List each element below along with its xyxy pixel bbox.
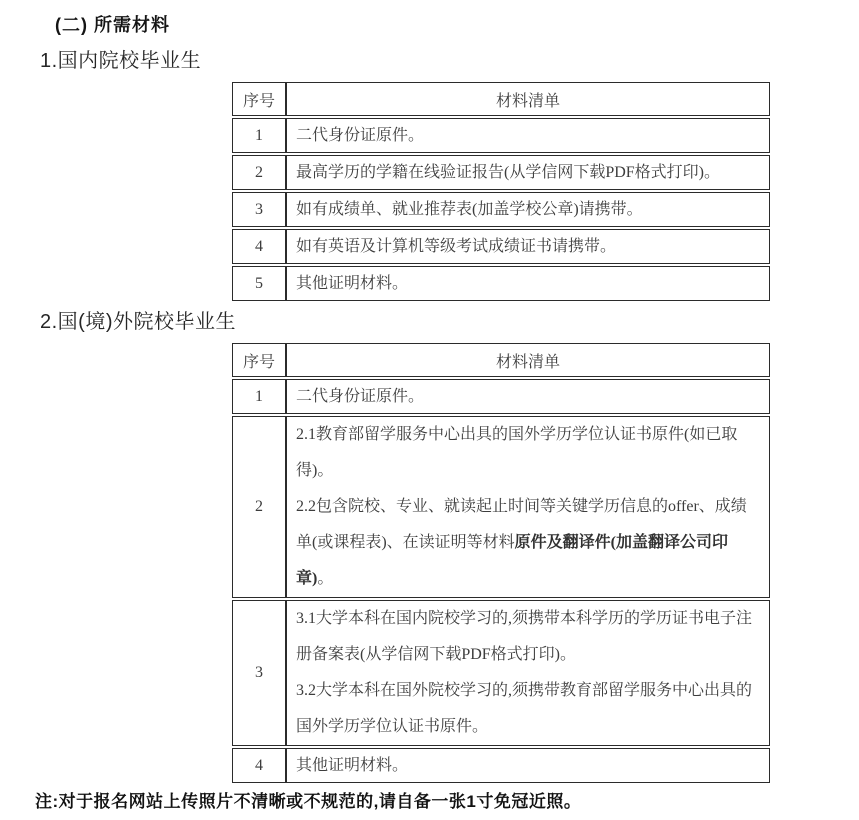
column-header-index: 序号 xyxy=(232,82,286,116)
column-header-material-list: 材料清单 xyxy=(286,343,770,377)
material-text: 其他证明材料。 xyxy=(296,757,408,774)
material-line: 3.1大学本科在国内院校学习的,须携带本科学历的学历证书电子注册备案表(从学信网… xyxy=(296,601,753,673)
section-heading-overseas-graduates: 2.国(境)外院校毕业生 xyxy=(40,305,236,334)
row-index-cell: 4 xyxy=(232,748,286,783)
row-index-cell: 3 xyxy=(232,600,286,746)
table-row: 33.1大学本科在国内院校学习的,须携带本科学历的学历证书电子注册备案表(从学信… xyxy=(232,600,770,746)
row-index-cell: 4 xyxy=(232,229,286,264)
domestic-materials-table: 序号 材料清单 1二代身份证原件。2最高学历的学籍在线验证报告(从学信网下载PD… xyxy=(232,80,770,303)
material-cell: 二代身份证原件。 xyxy=(286,379,770,414)
material-text: 如有成绩单、就业推荐表(加盖学校公章)请携带。 xyxy=(296,201,643,218)
material-text: 如有英语及计算机等级考试成绩证书请携带。 xyxy=(296,238,616,255)
material-line: 其他证明材料。 xyxy=(296,267,753,300)
column-header-index: 序号 xyxy=(232,343,286,377)
table-row: 3如有成绩单、就业推荐表(加盖学校公章)请携带。 xyxy=(232,192,770,227)
material-text: 其他证明材料。 xyxy=(296,275,408,292)
row-index-cell: 1 xyxy=(232,379,286,414)
row-index-cell: 2 xyxy=(232,155,286,190)
page-title: (二) 所需材料 xyxy=(55,11,170,37)
table-row: 4其他证明材料。 xyxy=(232,748,770,783)
material-line: 其他证明材料。 xyxy=(296,749,753,782)
material-line: 二代身份证原件。 xyxy=(296,119,753,152)
material-text: 2.1教育部留学服务中心出具的国外学历学位认证书原件(如已取得)。 xyxy=(296,426,737,479)
table-row: 1二代身份证原件。 xyxy=(232,379,770,414)
material-line: 最高学历的学籍在线验证报告(从学信网下载PDF格式打印)。 xyxy=(296,156,753,189)
table-row: 5其他证明材料。 xyxy=(232,266,770,301)
row-index-cell: 2 xyxy=(232,416,286,598)
material-line: 二代身份证原件。 xyxy=(296,380,753,413)
material-cell: 如有英语及计算机等级考试成绩证书请携带。 xyxy=(286,229,770,264)
material-cell: 其他证明材料。 xyxy=(286,266,770,301)
table-row: 4如有英语及计算机等级考试成绩证书请携带。 xyxy=(232,229,770,264)
row-index-cell: 3 xyxy=(232,192,286,227)
table-header-row: 序号 材料清单 xyxy=(232,82,770,116)
material-cell: 其他证明材料。 xyxy=(286,748,770,783)
table-row: 1二代身份证原件。 xyxy=(232,118,770,153)
material-cell: 如有成绩单、就业推荐表(加盖学校公章)请携带。 xyxy=(286,192,770,227)
material-text: 3.2大学本科在国外院校学习的,须携带教育部留学服务中心出具的国外学历学位认证书… xyxy=(296,682,752,735)
material-text: 。 xyxy=(317,570,333,587)
column-header-material-list: 材料清单 xyxy=(286,82,770,116)
overseas-materials-table: 序号 材料清单 1二代身份证原件。22.1教育部留学服务中心出具的国外学历学位认… xyxy=(232,341,770,785)
row-index-cell: 1 xyxy=(232,118,286,153)
table-row: 2最高学历的学籍在线验证报告(从学信网下载PDF格式打印)。 xyxy=(232,155,770,190)
material-line: 如有英语及计算机等级考试成绩证书请携带。 xyxy=(296,230,753,263)
document-page: (二) 所需材料 1.国内院校毕业生 序号 材料清单 1二代身份证原件。2最高学… xyxy=(0,0,859,820)
material-line: 2.2包含院校、专业、就读起止时间等关键学历信息的offer、成绩单(或课程表)… xyxy=(296,489,753,597)
material-cell: 3.1大学本科在国内院校学习的,须携带本科学历的学历证书电子注册备案表(从学信网… xyxy=(286,600,770,746)
material-line: 3.2大学本科在国外院校学习的,须携带教育部留学服务中心出具的国外学历学位认证书… xyxy=(296,673,753,745)
material-text: 二代身份证原件。 xyxy=(296,388,424,405)
material-cell: 2.1教育部留学服务中心出具的国外学历学位认证书原件(如已取得)。2.2包含院校… xyxy=(286,416,770,598)
table-header-row: 序号 材料清单 xyxy=(232,343,770,377)
material-line: 2.1教育部留学服务中心出具的国外学历学位认证书原件(如已取得)。 xyxy=(296,417,753,489)
row-index-cell: 5 xyxy=(232,266,286,301)
material-cell: 二代身份证原件。 xyxy=(286,118,770,153)
table-row: 22.1教育部留学服务中心出具的国外学历学位认证书原件(如已取得)。2.2包含院… xyxy=(232,416,770,598)
material-line: 如有成绩单、就业推荐表(加盖学校公章)请携带。 xyxy=(296,193,753,226)
section-heading-domestic-graduates: 1.国内院校毕业生 xyxy=(40,44,201,73)
material-text: 二代身份证原件。 xyxy=(296,127,424,144)
material-text: 最高学历的学籍在线验证报告(从学信网下载PDF格式打印)。 xyxy=(296,164,720,181)
note-text: 注:对于报名网站上传照片不清晰或不规范的,请自备一张1寸免冠近照。 xyxy=(35,787,581,812)
material-cell: 最高学历的学籍在线验证报告(从学信网下载PDF格式打印)。 xyxy=(286,155,770,190)
material-text: 3.1大学本科在国内院校学习的,须携带本科学历的学历证书电子注册备案表(从学信网… xyxy=(296,610,752,663)
